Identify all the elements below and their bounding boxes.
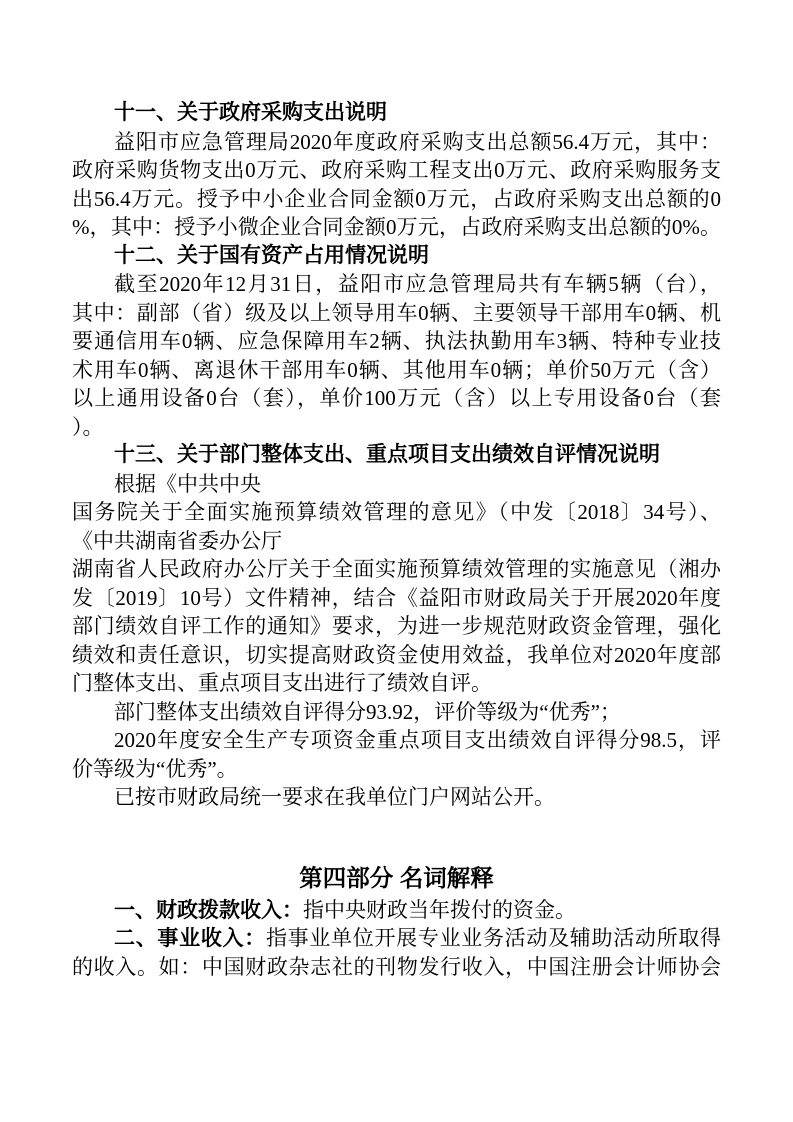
text-line: 2020年度安全生产专项资金重点项目支出绩效自评得分98.5，评 <box>72 726 721 755</box>
text-line: 其中：副部（省）级及以上领导用车0辆、主要领导干部用车0辆、机 <box>72 299 721 328</box>
paragraph-gap <box>72 812 721 860</box>
text-line: 绩效和责任意识，切实提高财政资金使用效益，我单位对2020年度部 <box>72 641 721 670</box>
text-line: 二、事业收入：指事业单位开展专业业务活动及辅助活动所取得 <box>72 924 721 953</box>
text-line: 截至2020年12月31日，益阳市应急管理局共有车辆5辆（台）， <box>72 270 721 299</box>
text-line: 部门绩效自评工作的通知》要求，为进一步规范财政资金管理，强化 <box>72 612 721 641</box>
term-label: 二、事业收入： <box>114 927 266 950</box>
text-line: 政府采购货物支出0万元、政府采购工程支出0万元、政府采购服务支 <box>72 156 721 185</box>
text-line: 湖南省人民政府办公厅关于全面实施预算绩效管理的实施意见（湘办 <box>72 555 721 584</box>
text-line: 根据《中共中央 <box>72 470 721 499</box>
text-line: 出56.4万元。授予中小企业合同金额0万元，占政府采购支出总额的0 <box>72 185 721 214</box>
text-line: 已按市财政局统一要求在我单位门户网站公开。 <box>72 783 721 812</box>
term-definition: 指事业单位开展专业业务活动及辅助活动所取得 <box>266 926 721 950</box>
text-line: 价等级为“优秀”。 <box>72 755 721 784</box>
text-line: 部门整体支出绩效自评得分93.92，评价等级为“优秀”； <box>72 698 721 727</box>
text-line: 术用车0辆、离退休干部用车0辆、其他用车0辆；单价50万元（含） <box>72 356 721 385</box>
text-line: %，其中：授予小微企业合同金额0万元，占政府采购支出总额的0%。 <box>72 213 721 242</box>
document-page: 十一、关于政府采购支出说明益阳市应急管理局2020年度政府采购支出总额56.4万… <box>0 0 793 1122</box>
section-heading: 十一、关于政府采购支出说明 <box>72 99 721 128</box>
text-line: 一、财政拨款收入：指中央财政当年拨付的资金。 <box>72 896 721 925</box>
document-body: 十一、关于政府采购支出说明益阳市应急管理局2020年度政府采购支出总额56.4万… <box>72 99 721 981</box>
text-line: 以上通用设备0台（套），单价100万元（含）以上专用设备0台（套 <box>72 384 721 413</box>
text-line: 益阳市应急管理局2020年度政府采购支出总额56.4万元，其中： <box>72 128 721 157</box>
text-line: 发〔2019〕10号）文件精神，结合《益阳市财政局关于开展2020年度 <box>72 584 721 613</box>
text-line: ）。 <box>72 413 721 442</box>
term-definition: 指中央财政当年拨付的资金。 <box>303 898 576 922</box>
part-title: 第四部分 名词解释 <box>72 860 721 896</box>
text-line: 要通信用车0辆、应急保障用车2辆、执法执勤用车3辆、特种专业技 <box>72 327 721 356</box>
text-line: 《中共湖南省委办公厅 <box>72 527 721 556</box>
term-label: 一、财政拨款收入： <box>114 899 303 922</box>
text-line: 的收入。如：中国财政杂志社的刊物发行收入，中国注册会计师协会 <box>72 953 721 982</box>
text-line: 国务院关于全面实施预算绩效管理的意见》（中发〔2018〕34号）、 <box>72 498 721 527</box>
text-line: 门整体支出、重点项目支出进行了绩效自评。 <box>72 669 721 698</box>
section-heading: 十二、关于国有资产占用情况说明 <box>72 242 721 271</box>
section-heading: 十三、关于部门整体支出、重点项目支出绩效自评情况说明 <box>72 441 721 470</box>
